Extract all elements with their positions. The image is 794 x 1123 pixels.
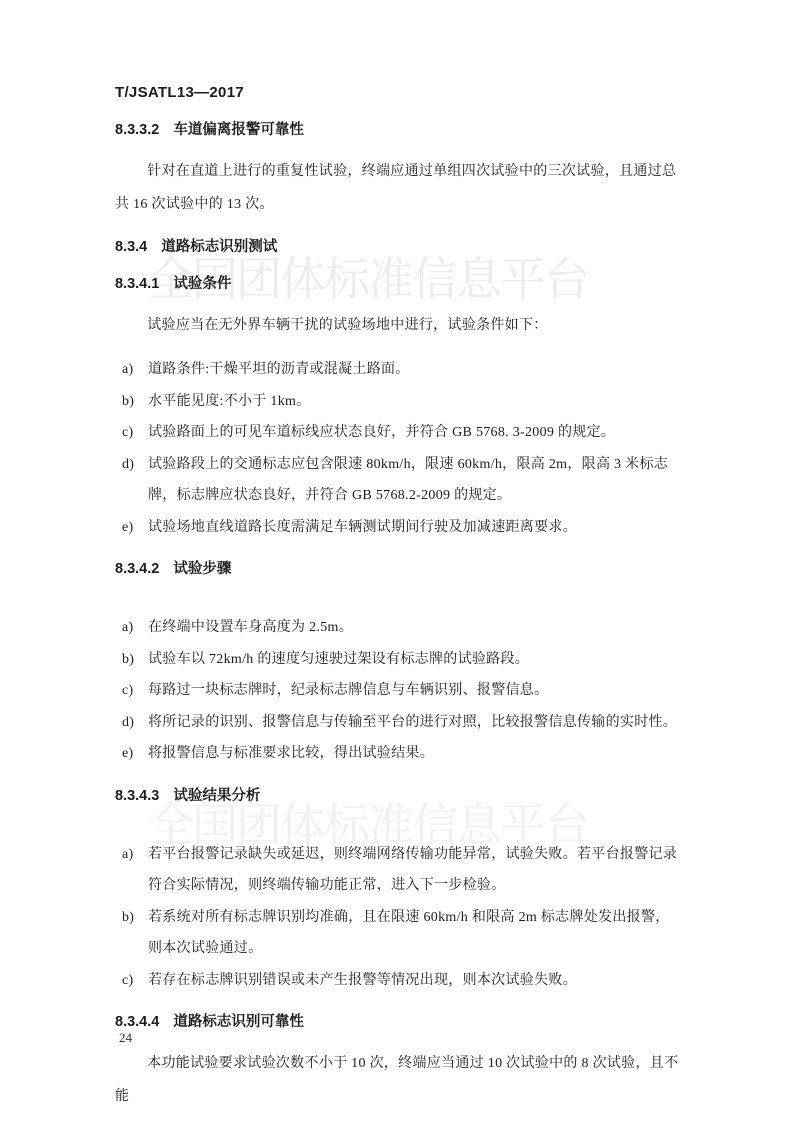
steps-list: a) 在终端中设置车身高度为 2.5m。 b) 试验车以 72km/h 的速度匀… [115,612,682,770]
list-item: a) 在终端中设置车身高度为 2.5m。 [115,612,682,644]
section-title: 车道偏离报警可靠性 [173,122,304,138]
list-item-label: e) [122,738,148,770]
section-number: 8.3.4.3 [115,788,159,804]
list-item-label: b) [122,902,148,934]
section-heading: 8.3.4.3试验结果分析 [115,785,682,807]
list-item: c) 每路过一块标志牌时，纪录标志牌信息与车辆识别、报警信息。 [115,675,682,707]
section-title: 试验结果分析 [173,788,260,804]
section-8-3-4-2: 8.3.4.2试验步骤 a) 在终端中设置车身高度为 2.5m。 b) 试验车以… [115,558,682,770]
document-page: 全国团体标准信息平台 全国团体标准信息平台 T/JSATL13—2017 8.3… [0,0,794,1123]
section-title: 道路标志识别测试 [161,239,277,255]
document-code-header: T/JSATL13—2017 [115,84,682,101]
list-item-text: 将报警信息与标准要求比较，得出试验结果。 [148,738,682,770]
section-number: 8.3.4.2 [115,561,159,577]
section-heading: 8.3.4.2试验步骤 [115,558,682,580]
condition-list: a) 道路条件:干燥平坦的沥青或混凝土路面。 b) 水平能见度:不小于 1km。… [115,354,682,543]
list-item-label: d) [122,707,148,739]
list-item-text: 将所记录的识别、报警信息与传输至平台的进行对照，比较报警信息传输的实时性。 [148,707,682,739]
section-heading: 8.3.4.1试验条件 [115,273,682,295]
list-item-text: 道路条件:干燥平坦的沥青或混凝土路面。 [148,354,682,386]
section-heading: 8.3.3.2车道偏离报警可靠性 [115,119,682,141]
spacer [115,821,682,833]
section-paragraph: 本功能试验要求试验次数不小于 10 次，终端应当通过 10 次试验中的 8 次试… [115,1047,682,1113]
section-heading: 8.3.4.4道路标志识别可靠性 [115,1011,682,1033]
list-item-text: 试验路段上的交通标志应包含限速 80km/h，限速 60km/h，限高 2m，限… [148,449,682,512]
section-title: 道路标志识别可靠性 [173,1014,304,1030]
section-intro: 试验应当在无外界车辆干扰的试验场地中进行，试验条件如下： [115,309,682,342]
section-8-3-4-4: 8.3.4.4道路标志识别可靠性 本功能试验要求试验次数不小于 10 次，终端应… [115,1011,682,1113]
list-item-label: c) [122,417,148,449]
list-item: e) 试验场地直线道路长度需满足车辆测试期间行驶及加减速距离要求。 [115,512,682,544]
list-item-label: c) [122,965,148,997]
result-analysis-list: a) 若平台报警记录缺失或延迟，则终端网络传输功能异常，试验失败。若平台报警记录… [115,839,682,997]
section-number: 8.3.4.1 [115,276,159,292]
list-item-text: 试验车以 72km/h 的速度匀速驶过架设有标志牌的试验路段。 [148,644,682,676]
list-item-label: e) [122,512,148,544]
list-item-label: a) [122,612,148,644]
section-heading: 8.3.4道路标志识别测试 [115,236,682,258]
section-number: 8.3.4.4 [115,1014,159,1030]
list-item: b) 试验车以 72km/h 的速度匀速驶过架设有标志牌的试验路段。 [115,644,682,676]
section-8-3-4-3: 8.3.4.3试验结果分析 a) 若平台报警记录缺失或延迟，则终端网络传输功能异… [115,785,682,997]
section-paragraph: 针对在直道上进行的重复性试验，终端应通过单组四次试验中的三次试验，且通过总共 1… [115,155,682,221]
list-item: c) 试验路面上的可见车道标线应状态良好，并符合 GB 5768. 3-2009… [115,417,682,449]
section-title: 试验条件 [173,276,231,292]
list-item-text: 在终端中设置车身高度为 2.5m。 [148,612,682,644]
list-item-text: 水平能见度:不小于 1km。 [148,386,682,418]
section-8-3-3-2: 8.3.3.2车道偏离报警可靠性 针对在直道上进行的重复性试验，终端应通过单组四… [115,119,682,221]
list-item-label: b) [122,644,148,676]
page-number: 24 [119,1030,132,1046]
list-item: a) 若平台报警记录缺失或延迟，则终端网络传输功能异常，试验失败。若平台报警记录… [115,839,682,902]
list-item: e) 将报警信息与标准要求比较，得出试验结果。 [115,738,682,770]
page-content: T/JSATL13—2017 8.3.3.2车道偏离报警可靠性 针对在直道上进行… [0,0,794,1113]
list-item-label: b) [122,386,148,418]
section-8-3-4: 8.3.4道路标志识别测试 [115,236,682,258]
list-item: c) 若存在标志牌识别错误或未产生报警等情况出现，则本次试验失败。 [115,965,682,997]
list-item: d) 试验路段上的交通标志应包含限速 80km/h，限速 60km/h，限高 2… [115,449,682,512]
list-item-text: 若系统对所有标志牌识别均准确，且在限速 60km/h 和限高 2m 标志牌处发出… [148,902,682,965]
list-item-text: 若平台报警记录缺失或延迟，则终端网络传输功能异常，试验失败。若平台报警记录符合实… [148,839,682,902]
list-item-text: 试验路面上的可见车道标线应状态良好，并符合 GB 5768. 3-2009 的规… [148,417,682,449]
section-title: 试验步骤 [173,561,231,577]
section-number: 8.3.3.2 [115,122,159,138]
list-item: b) 若系统对所有标志牌识别均准确，且在限速 60km/h 和限高 2m 标志牌… [115,902,682,965]
list-item-label: a) [122,354,148,386]
list-item: b) 水平能见度:不小于 1km。 [115,386,682,418]
spacer [115,594,682,606]
list-item-label: a) [122,839,148,871]
list-item-text: 每路过一块标志牌时，纪录标志牌信息与车辆识别、报警信息。 [148,675,682,707]
list-item: a) 道路条件:干燥平坦的沥青或混凝土路面。 [115,354,682,386]
section-number: 8.3.4 [115,239,147,255]
list-item: d) 将所记录的识别、报警信息与传输至平台的进行对照，比较报警信息传输的实时性。 [115,707,682,739]
list-item-label: d) [122,449,148,481]
list-item-label: c) [122,675,148,707]
section-8-3-4-1: 8.3.4.1试验条件 试验应当在无外界车辆干扰的试验场地中进行，试验条件如下：… [115,273,682,543]
list-item-text: 若存在标志牌识别错误或未产生报警等情况出现，则本次试验失败。 [148,965,682,997]
list-item-text: 试验场地直线道路长度需满足车辆测试期间行驶及加减速距离要求。 [148,512,682,544]
